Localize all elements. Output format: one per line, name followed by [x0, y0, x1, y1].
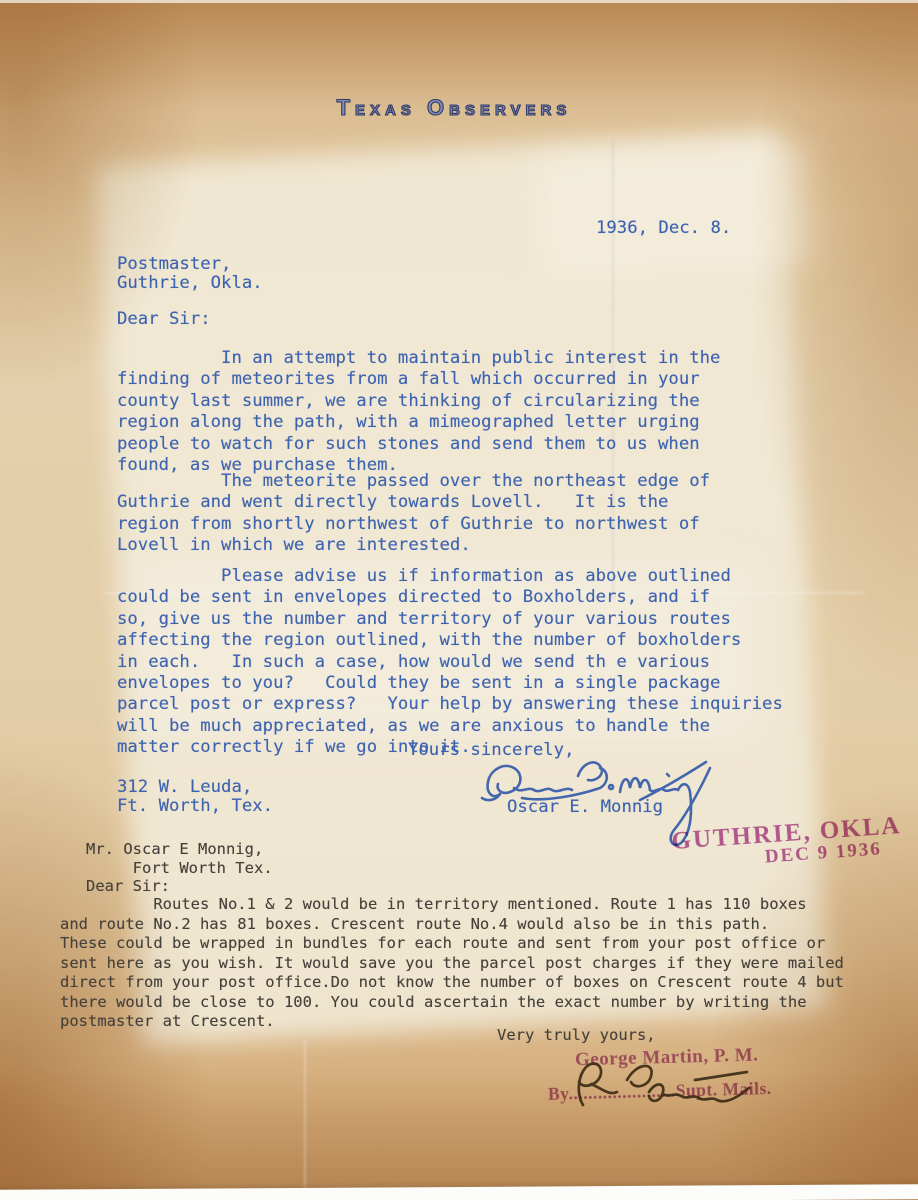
scanned-letter-page: Texas Observers 1936, Dec. 8. Postmaster… — [0, 0, 918, 1200]
vertical-fold-crease-bottom — [304, 1040, 306, 1190]
date-line: 1936, Dec. 8. — [596, 218, 731, 239]
reply-closing: Very truly yours, — [497, 1026, 656, 1046]
reply-salutation: Dear Sir: — [86, 877, 170, 897]
addressee-block: Postmaster, Guthrie, Okla. — [117, 255, 263, 293]
paragraph-1: In an attempt to maintain public interes… — [117, 348, 720, 476]
paragraph-3: Please advise us if information as above… — [117, 566, 783, 759]
letterhead-title: Texas Observers — [0, 95, 908, 121]
reply-body: Routes No.1 & 2 would be in territory me… — [60, 895, 844, 1032]
salutation: Dear Sir: — [117, 309, 211, 330]
handwritten-signature-porter — [553, 1050, 773, 1129]
paragraph-2: The meteorite passed over the northeast … — [117, 471, 710, 557]
scanner-edge-top — [0, 0, 918, 3]
sender-address: 312 W. Leuda, Ft. Worth, Tex. — [117, 778, 273, 816]
reply-addressee-block: Mr. Oscar E Monnig, Fort Worth Tex. — [86, 840, 273, 878]
